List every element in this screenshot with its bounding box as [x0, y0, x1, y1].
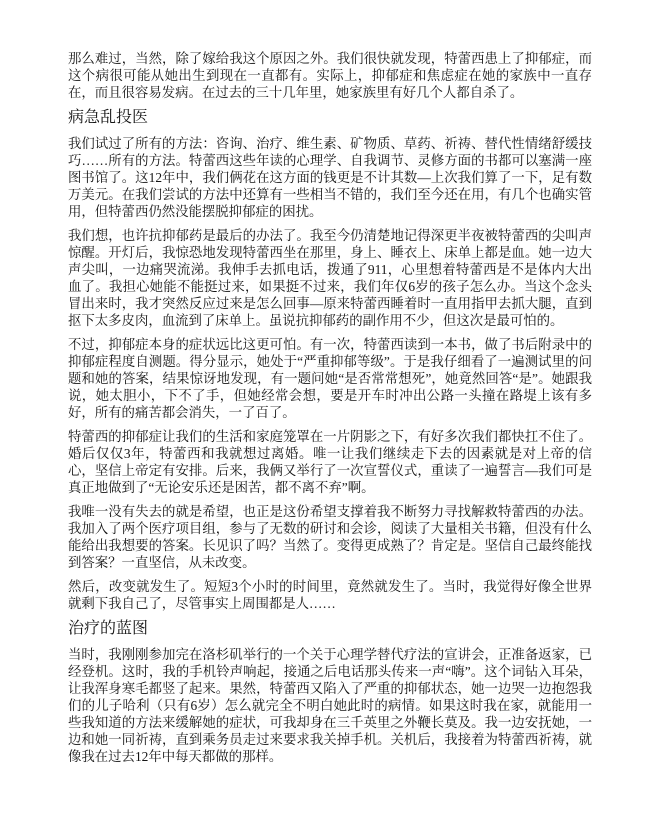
paragraph-6: 我唯一没有失去的就是希望，也正是这份希望支撑着我不断努力寻找解救特蕾西的办法。我…: [68, 503, 592, 571]
section-heading-2: 治疗的蓝图: [68, 619, 592, 639]
paragraph-7: 然后，改变就发生了。短短3个小时的时间里，竟然就发生了。当时，我觉得好像全世界就…: [68, 578, 592, 612]
paragraph-5: 特蕾西的抑郁症让我们的生活和家庭笼罩在一片阴影之下，有好多次我们都快扛不住了。婚…: [68, 428, 592, 496]
paragraph-3: 我们想，也许抗抑郁药是最后的办法了。我至今仍清楚地记得深更半夜被特蕾西的尖叫声惊…: [68, 227, 592, 329]
document-page: 那么难过，当然，除了嫁给我这个原因之外。我们很快就发现，特蕾西患上了抑郁症，而这…: [0, 0, 653, 816]
paragraph-2: 我们试过了所有的方法：咨询、治疗、维生素、矿物质、草药、祈祷、替代性情绪舒缓技巧…: [68, 135, 592, 220]
paragraph-1: 那么难过，当然，除了嫁给我这个原因之外。我们很快就发现，特蕾西患上了抑郁症，而这…: [68, 50, 592, 101]
section-heading-1: 病急乱投医: [68, 108, 592, 128]
paragraph-4: 不过，抑郁症本身的症状远比这更可怕。有一次，特蕾西读到一本书，做了书后附录中的抑…: [68, 336, 592, 421]
paragraph-8: 当时，我刚刚参加完在洛杉矶举行的一个关于心理学替代疗法的宣讲会，正准备返家，已经…: [68, 646, 592, 765]
